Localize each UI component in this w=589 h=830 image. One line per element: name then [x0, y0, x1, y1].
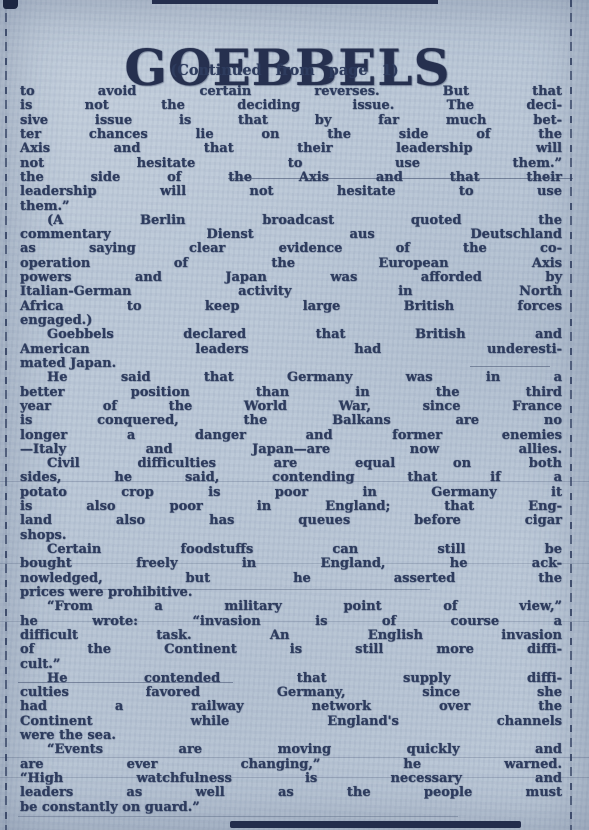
article-line: as saying clear evidence of the co-	[20, 242, 562, 256]
article-line: He contended that supply diffi-	[20, 672, 562, 686]
article-line: are ever changing,” he warned.	[20, 758, 562, 772]
article-line: sides, he said, contending that if a	[20, 471, 562, 485]
article-line: of the Continent is still more diffi-	[20, 643, 562, 657]
right-column-rule	[570, 0, 572, 830]
article-line: be constantly on guard.”	[20, 801, 562, 815]
article-line: land also has queues before cigar	[20, 514, 562, 528]
left-column-rule	[5, 0, 7, 830]
article-line: is not the deciding issue. The deci-	[20, 99, 562, 113]
article-line: longer a danger and former enemies	[20, 429, 562, 443]
article-line: them.”	[20, 200, 562, 214]
article-line: Axis and that their leadership will	[20, 142, 562, 156]
article-line: nowledged, but he asserted the	[20, 572, 562, 586]
article-line: American leaders had underesti-	[20, 343, 562, 357]
article-line: sive issue is that by far much bet-	[20, 114, 562, 128]
article-line: better position than in the third	[20, 386, 562, 400]
article-line: “From a military point of view,”	[20, 600, 562, 614]
article-line: is conquered, the Balkans are no	[20, 414, 562, 428]
adjacent-print-top-bar	[152, 0, 438, 4]
adjacent-print-top-left-mark	[3, 0, 18, 9]
article-line: leaders as well as the people must	[20, 786, 562, 800]
newspaper-clipping-scan: { "colors":{ "paper":"#b9c6d6", "ink":"#…	[0, 0, 589, 830]
article-line: shops.	[20, 529, 562, 543]
article-line: had a railway network over the	[20, 700, 562, 714]
article-line: He said that Germany was in a	[20, 371, 562, 385]
adjacent-print-bottom-bar	[230, 821, 521, 828]
article-line: Italian-German activity in North	[20, 285, 562, 299]
article-line: operation of the European Axis	[20, 257, 562, 271]
article-body: to avoid certain reverses. But thatis no…	[20, 85, 562, 815]
scan-artifact-line	[18, 816, 458, 817]
article-line: he wrote: “invasion is of course a	[20, 615, 562, 629]
article-line: potato crop is poor in Germany it	[20, 486, 562, 500]
article-line: leadership will not hesitate to use	[20, 185, 562, 199]
article-line: Continent while England's channels	[20, 715, 562, 729]
article-line: Africa to keep large British forces	[20, 300, 562, 314]
article-line: cult.”	[20, 658, 562, 672]
article-line: not hesitate to use them.”	[20, 157, 562, 171]
article-line: bought freely in England, he ack-	[20, 557, 562, 571]
article-line: —Italy and Japan—are now allies.	[20, 443, 562, 457]
article-line: Goebbels declared that British and	[20, 328, 562, 342]
continuation-note: (Continued from page 1)	[0, 62, 569, 79]
article-line: (A Berlin broadcast quoted the	[20, 214, 562, 228]
article-line: “Events are moving quickly and	[20, 743, 562, 757]
